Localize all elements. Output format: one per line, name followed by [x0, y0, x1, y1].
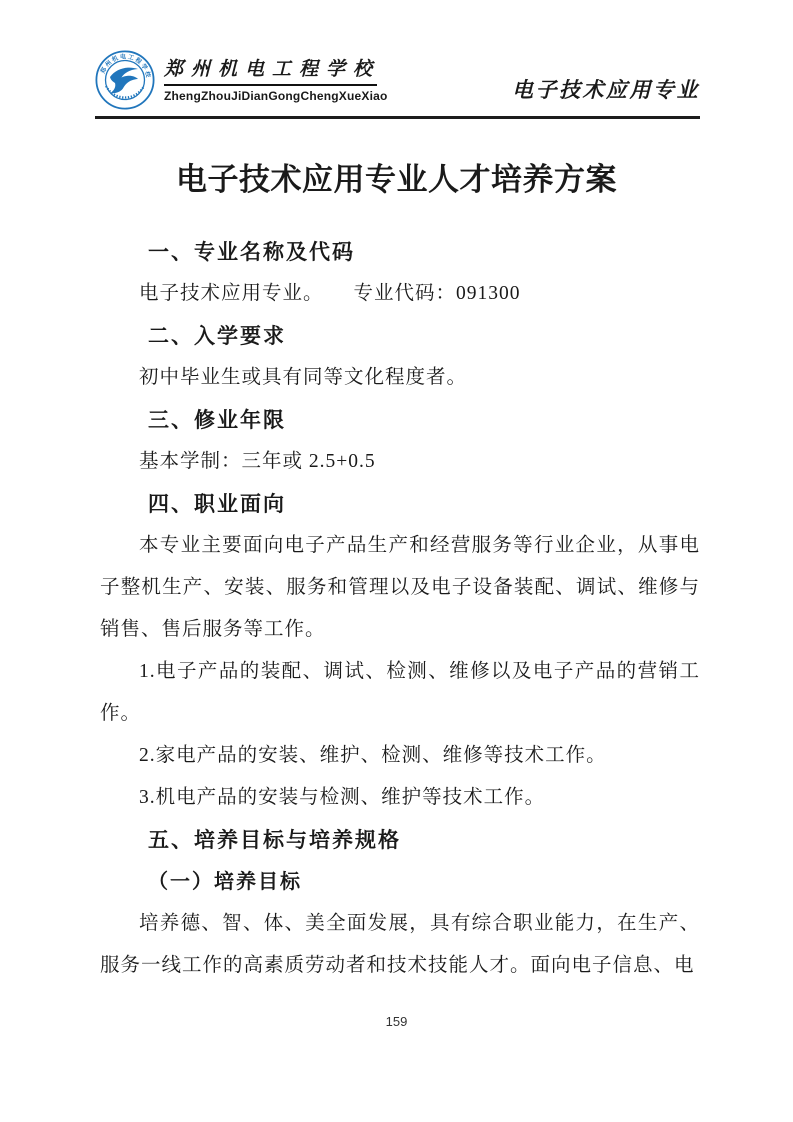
section5-heading: 五、培养目标与培养规格 [100, 819, 700, 861]
section3-heading: 三、修业年限 [100, 399, 700, 441]
page-title: 电子技术应用专业人才培养方案 [0, 159, 793, 201]
major-code: 专业代码：091300 [354, 283, 521, 304]
section1-body: 电子技术应用专业。专业代码：091300 [100, 273, 700, 315]
section4-item-3: 3.机电产品的安装与检测、维护等技术工作。 [100, 777, 700, 819]
section2-body: 初中毕业生或具有同等文化程度者。 [100, 357, 700, 399]
letterhead: 郑州机电工程学校 郑州机电工程学校 ZhengZhouJiDianGongChe… [95, 0, 700, 119]
header-doc-label: 电子技术应用专业 [512, 74, 700, 104]
section5-body: 培养德、智、体、美全面发展，具有综合职业能力，在生产、服务一线工作的高素质劳动者… [100, 903, 700, 987]
school-text-block: 郑州机电工程学校 ZhengZhouJiDianGongChengXueXiao [164, 57, 388, 104]
school-name: 郑州机电工程学校 [164, 57, 388, 83]
section4-heading: 四、职业面向 [100, 483, 700, 525]
section5-subheading: （一）培养目标 [100, 861, 700, 903]
section2-heading: 二、入学要求 [100, 315, 700, 357]
section3-body: 基本学制：三年或 2.5+0.5 [100, 441, 700, 483]
school-pinyin: ZhengZhouJiDianGongChengXueXiao [164, 88, 388, 104]
major-name: 电子技术应用专业。 [139, 283, 324, 304]
section4-item-1: 1.电子产品的装配、调试、检测、维修以及电子产品的营销工作。 [100, 651, 700, 735]
school-name-underline [164, 84, 377, 86]
section4-item-2: 2.家电产品的安装、维护、检测、维修等技术工作。 [100, 735, 700, 777]
school-emblem-icon: 郑州机电工程学校 [95, 50, 155, 110]
section1-heading: 一、专业名称及代码 [100, 231, 700, 273]
page-number: 159 [0, 1014, 793, 1029]
section4-intro: 本专业主要面向电子产品生产和经营服务等行业企业，从事电子整机生产、安装、服务和管… [100, 525, 700, 651]
document-content: 一、专业名称及代码 电子技术应用专业。专业代码：091300 二、入学要求 初中… [100, 231, 700, 987]
school-logo-group: 郑州机电工程学校 郑州机电工程学校 ZhengZhouJiDianGongChe… [95, 50, 388, 110]
document-page: 郑州机电工程学校 郑州机电工程学校 ZhengZhouJiDianGongChe… [0, 0, 793, 1122]
